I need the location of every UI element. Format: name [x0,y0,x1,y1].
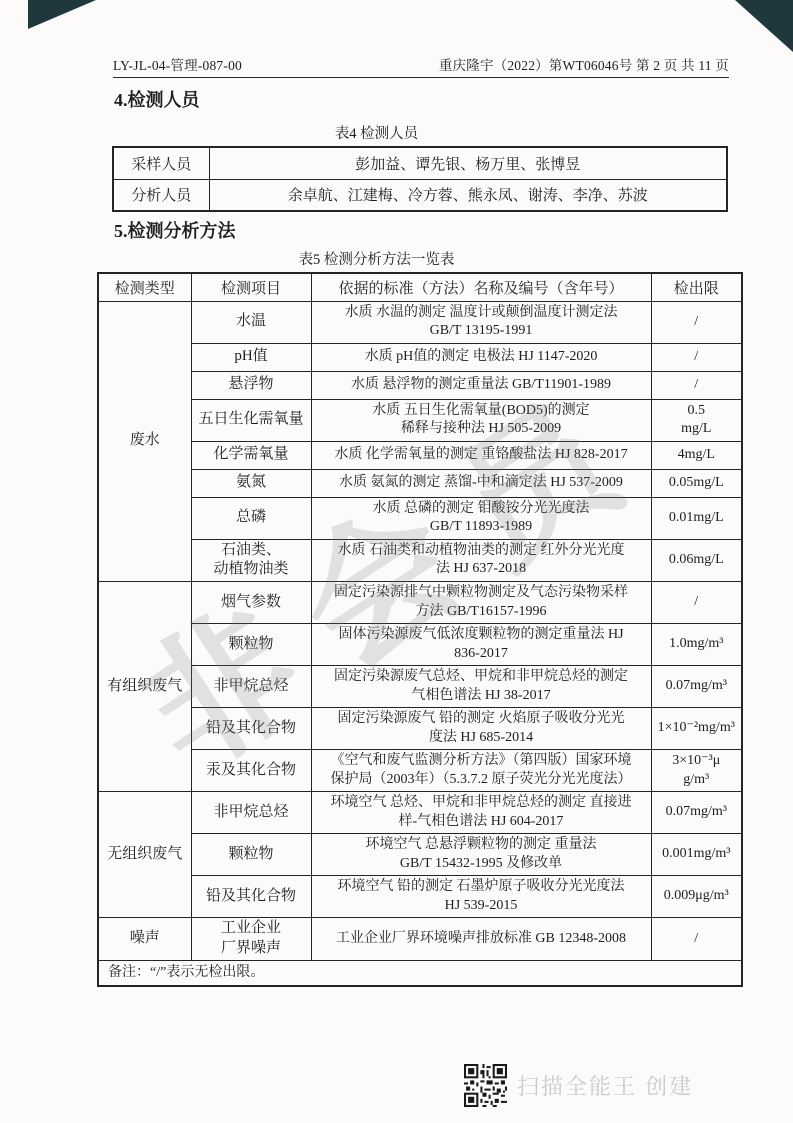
table-5-caption: 表5 检测分析方法一览表 [0,248,753,269]
limit-cell: 1×10⁻²mg/m³ [651,708,742,750]
limit-cell: 0.009μg/m³ [651,876,742,918]
limit-cell: 0.06mg/L [651,539,742,582]
limit-cell: / [651,582,742,624]
col-header-standard: 依据的标准（方法）名称及编号（含年号） [311,273,651,301]
item-cell: 非甲烷总烃 [191,666,311,708]
table-note: 备注：“/”表示无检出限。 [98,960,742,986]
scanner-watermark-text: 扫描全能王 创建 [517,1070,693,1101]
method-cell: 水质 pH值的测定 电极法 HJ 1147-2020 [311,343,651,371]
method-cell: 水质 水温的测定 温度计或颠倒温度计测定法 GB/T 13195-1991 [311,301,651,343]
table-row: 分析人员 余卓航、江建梅、冷方蓉、熊永凤、谢涛、李净、苏波 [113,179,727,211]
method-cell: 工业企业厂界环境噪声排放标准 GB 12348-2008 [311,918,651,961]
table-row: 五日生化需氧量 水质 五日生化需氧量(BOD5)的测定 稀释与接种法 HJ 50… [98,399,742,441]
report-number-page-info: 重庆隆宇（2022）第WT06046号 第 2 页 共 11 页 [439,54,729,74]
table-row: 氨氮 水质 氨氮的测定 蒸馏-中和滴定法 HJ 537-2009 0.05mg/… [98,469,742,497]
item-cell: 烟气参数 [191,582,311,624]
scanned-document-page: LY-JL-04-管理-087-00 重庆隆宇（2022）第WT06046号 第… [0,0,793,1123]
item-cell: 总磷 [191,497,311,539]
table-row: 废水 水温 水质 水温的测定 温度计或颠倒温度计测定法 GB/T 13195-1… [98,301,742,343]
limit-cell: 0.01mg/L [651,497,742,539]
sampling-personnel-label: 采样人员 [113,147,209,179]
item-cell: 化学需氧量 [191,441,311,469]
table-row: 颗粒物 环境空气 总悬浮颗粒物的测定 重量法 GB/T 15432-1995 及… [98,834,742,876]
scan-corner-artifact-left [28,0,96,29]
limit-cell: 0.07mg/m³ [651,666,742,708]
section-5-title: 5.检测分析方法 [114,217,236,243]
item-cell: 水温 [191,301,311,343]
table-row: 采样人员 彭加益、谭先银、杨万里、张博昱 [113,147,727,179]
table-methods: 检测类型 检测项目 依据的标准（方法）名称及编号（含年号） 检出限 废水 水温 … [97,272,743,987]
analysis-personnel-names: 余卓航、江建梅、冷方蓉、熊永凤、谢涛、李净、苏波 [209,179,727,211]
method-cell: 固定污染源排气中颗粒物测定及气态污染物采样 方法 GB/T16157-1996 [311,582,651,624]
limit-cell: 3×10⁻³μ g/m³ [651,750,742,792]
table-4-caption: 表4 检测人员 [0,122,753,143]
table-header-row: 检测类型 检测项目 依据的标准（方法）名称及编号（含年号） 检出限 [98,273,742,301]
method-cell: 环境空气 铅的测定 石墨炉原子吸收分光光度法 HJ 539-2015 [311,876,651,918]
item-cell: 汞及其化合物 [191,750,311,792]
item-cell: 颗粒物 [191,624,311,666]
method-cell: 水质 悬浮物的测定重量法 GB/T11901-1989 [311,371,651,399]
item-cell: 非甲烷总烃 [191,792,311,834]
limit-cell: 1.0mg/m³ [651,624,742,666]
table-row: 化学需氧量 水质 化学需氧量的测定 重铬酸盐法 HJ 828-2017 4mg/… [98,441,742,469]
table-row: 铅及其化合物 环境空气 铅的测定 石墨炉原子吸收分光光度法 HJ 539-201… [98,876,742,918]
page-header: LY-JL-04-管理-087-00 重庆隆宇（2022）第WT06046号 第… [113,54,729,78]
section-4-title: 4.检测人员 [114,86,200,112]
method-cell: 固定污染源废气 铅的测定 火焰原子吸收分光光 度法 HJ 685-2014 [311,708,651,750]
limit-cell: / [651,343,742,371]
item-cell: 石油类、 动植物油类 [191,539,311,582]
item-cell: 工业企业 厂界噪声 [191,918,311,961]
table-row: 颗粒物 固体污染源废气低浓度颗粒物的测定重量法 HJ 836-2017 1.0m… [98,624,742,666]
method-cell: 水质 总磷的测定 钼酸铵分光光度法 GB/T 11893-1989 [311,497,651,539]
category-wastewater: 废水 [98,301,191,582]
item-cell: pH值 [191,343,311,371]
table-personnel: 采样人员 彭加益、谭先银、杨万里、张博昱 分析人员 余卓航、江建梅、冷方蓉、熊永… [112,146,728,212]
item-cell: 铅及其化合物 [191,708,311,750]
method-cell: 固定污染源废气总烃、甲烷和非甲烷总烃的测定 气相色谱法 HJ 38-2017 [311,666,651,708]
limit-cell: 0.07mg/m³ [651,792,742,834]
item-cell: 铅及其化合物 [191,876,311,918]
table-row: 铅及其化合物 固定污染源废气 铅的测定 火焰原子吸收分光光 度法 HJ 685-… [98,708,742,750]
method-cell: 水质 化学需氧量的测定 重铬酸盐法 HJ 828-2017 [311,441,651,469]
method-cell: 水质 石油类和动植物油类的测定 红外分光光度 法 HJ 637-2018 [311,539,651,582]
table-note-row: 备注：“/”表示无检出限。 [98,960,742,986]
table-row: 噪声 工业企业 厂界噪声 工业企业厂界环境噪声排放标准 GB 12348-200… [98,918,742,961]
limit-cell: / [651,301,742,343]
table-row: 汞及其化合物 《空气和废气监测分析方法》（第四版）国家环境 保护局（2003年）… [98,750,742,792]
method-cell: 水质 五日生化需氧量(BOD5)的测定 稀释与接种法 HJ 505-2009 [311,399,651,441]
method-cell: 环境空气 总悬浮颗粒物的测定 重量法 GB/T 15432-1995 及修改单 [311,834,651,876]
table-row: 悬浮物 水质 悬浮物的测定重量法 GB/T11901-1989 / [98,371,742,399]
col-header-item: 检测项目 [191,273,311,301]
method-cell: 《空气和废气监测分析方法》（第四版）国家环境 保护局（2003年）（5.3.7.… [311,750,651,792]
limit-cell: 0.05mg/L [651,469,742,497]
table-row: 有组织废气 烟气参数 固定污染源排气中颗粒物测定及气态污染物采样 方法 GB/T… [98,582,742,624]
table-row: 无组织废气 非甲烷总烃 环境空气 总烃、甲烷和非甲烷总烃的测定 直接进 样-气相… [98,792,742,834]
item-cell: 悬浮物 [191,371,311,399]
limit-cell: / [651,371,742,399]
scan-corner-artifact-right [735,0,793,52]
method-cell: 环境空气 总烃、甲烷和非甲烷总烃的测定 直接进 样-气相色谱法 HJ 604-2… [311,792,651,834]
item-cell: 颗粒物 [191,834,311,876]
qr-code-icon [464,1064,507,1107]
method-cell: 固体污染源废气低浓度颗粒物的测定重量法 HJ 836-2017 [311,624,651,666]
item-cell: 氨氮 [191,469,311,497]
limit-cell: 4mg/L [651,441,742,469]
document-code: LY-JL-04-管理-087-00 [113,54,242,74]
table-row: pH值 水质 pH值的测定 电极法 HJ 1147-2020 / [98,343,742,371]
table-row: 石油类、 动植物油类 水质 石油类和动植物油类的测定 红外分光光度 法 HJ 6… [98,539,742,582]
analysis-personnel-label: 分析人员 [113,179,209,211]
table-row: 总磷 水质 总磷的测定 钼酸铵分光光度法 GB/T 11893-1989 0.0… [98,497,742,539]
scanner-watermark: 扫描全能王 创建 [464,1064,693,1107]
table-row: 非甲烷总烃 固定污染源废气总烃、甲烷和非甲烷总烃的测定 气相色谱法 HJ 38-… [98,666,742,708]
item-cell: 五日生化需氧量 [191,399,311,441]
method-cell: 水质 氨氮的测定 蒸馏-中和滴定法 HJ 537-2009 [311,469,651,497]
col-header-type: 检测类型 [98,273,191,301]
col-header-detection-limit: 检出限 [651,273,742,301]
category-noise: 噪声 [98,918,191,961]
category-fugitive-exhaust: 无组织废气 [98,792,191,918]
limit-cell: 0.5 mg/L [651,399,742,441]
limit-cell: / [651,918,742,961]
sampling-personnel-names: 彭加益、谭先银、杨万里、张博昱 [209,147,727,179]
category-organized-exhaust: 有组织废气 [98,582,191,792]
limit-cell: 0.001mg/m³ [651,834,742,876]
